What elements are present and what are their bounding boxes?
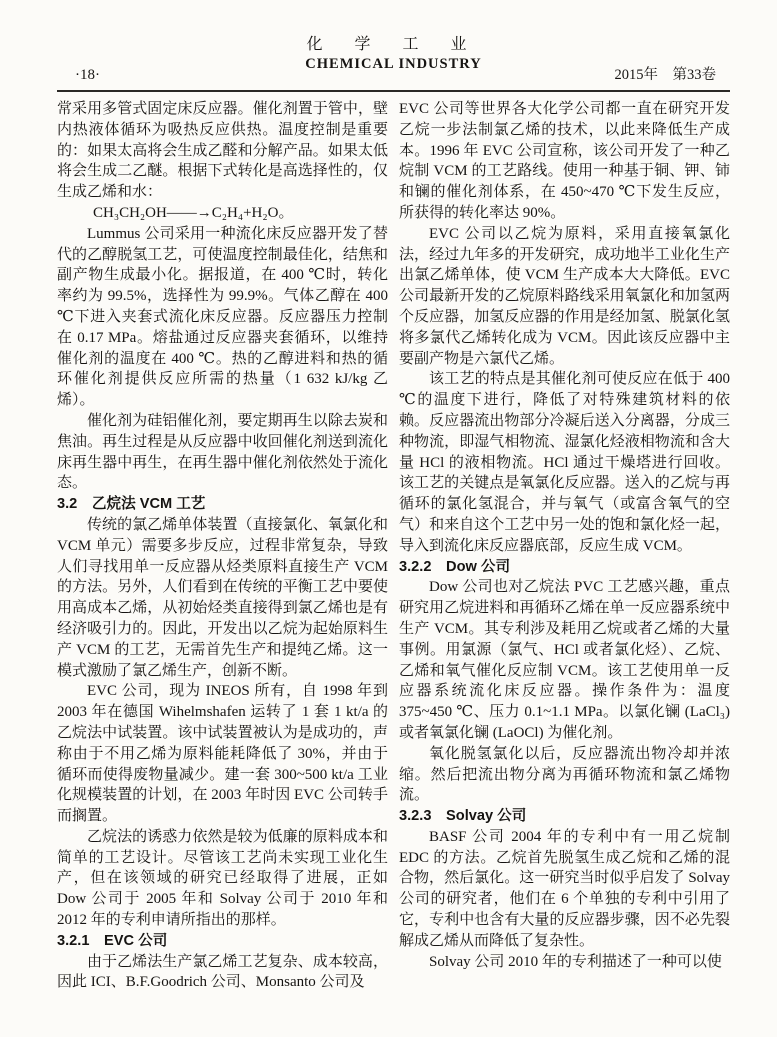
right-column: EVC 公司等世界各大化学公司都一直在研究开发乙烷一步法制氯乙烯的技术，以此来降… [399,99,730,993]
paragraph: Dow 公司也对乙烷法 PVC 工艺感兴趣，重点研究用乙烷进料和再循环乙烯在单一… [399,577,730,743]
section-heading: 3.2.2 Dow 公司 [399,557,730,578]
paragraph: 乙烷法的诱惑力依然是较为低廉的原料成本和简单的工艺设计。尽管该工艺尚未实现工业化… [57,827,388,931]
section-heading: 3.2.1 EVC 公司 [57,931,388,952]
page-number: ·18· [75,67,100,84]
header-divider-rule [57,90,730,92]
paragraph: 传统的氯乙烯单体装置（直接氯化、氧氯化和 VCM 单元）需要多步反应，过程非常复… [57,515,388,681]
paragraph: Lummus 公司采用一种流化床反应器开发了替代的乙醇脱氢工艺，可使温度控制最佳… [57,224,388,411]
paragraph: 由于乙烯法生产氯乙烯工艺复杂、成本较高，因此 ICI、B.F.Goodrich … [57,952,388,994]
paragraph: Solvay 公司 2010 年的专利描述了一种可以使 [399,952,730,973]
paragraph: EVC 公司以乙烷为原料，采用直接氧氯化法，经过九年多的开发研究，成功地半工业化… [399,224,730,370]
section-heading: 3.2 乙烷法 VCM 工艺 [57,494,388,515]
journal-page: 化 学 工 业 CHEMICAL INDUSTRY ·18· 2015年 第33… [0,0,777,1037]
paragraph: 氧化脱氢氯化以后，反应器流出物冷却并浓缩。然后把流出物分离为再循环物流和氯乙烯物… [399,744,730,806]
paragraph: 常采用多管式固定床反应器。催化剂置于管中，壁内热液体循环为吸热反应供热。温度控制… [57,99,388,203]
article-body: 常采用多管式固定床反应器。催化剂置于管中，壁内热液体循环为吸热反应供热。温度控制… [57,99,730,993]
paragraph: BASF 公司 2004 年的专利中有一用乙烷制 EDC 的方法。乙烷首先脱氢生… [399,827,730,952]
journal-title-chinese: 化 学 工 业 [57,36,730,54]
left-column: 常采用多管式固定床反应器。催化剂置于管中，壁内热液体循环为吸热反应供热。温度控制… [57,99,388,993]
page-header: 化 学 工 业 CHEMICAL INDUSTRY ·18· 2015年 第33… [57,0,730,86]
chemical-equation: CH₃CH₂OH——→C₂H₄+H₂O。 [57,203,388,224]
section-heading: 3.2.3 Solvay 公司 [399,806,730,827]
paragraph: EVC 公司，现为 INEOS 所有，自 1998 年到 2003 年在德国 W… [57,681,388,827]
paragraph: 该工艺的特点是其催化剂可使反应在低于 400 ℃的温度下进行，降低了对特殊建筑材… [399,369,730,556]
issue-info: 2015年 第33卷 [615,63,717,84]
paragraph: EVC 公司等世界各大化学公司都一直在研究开发乙烷一步法制氯乙烯的技术，以此来降… [399,99,730,224]
paragraph: 催化剂为硅铝催化剂，要定期再生以除去炭和焦油。再生过程是从反应器中收回催化剂送到… [57,411,388,494]
